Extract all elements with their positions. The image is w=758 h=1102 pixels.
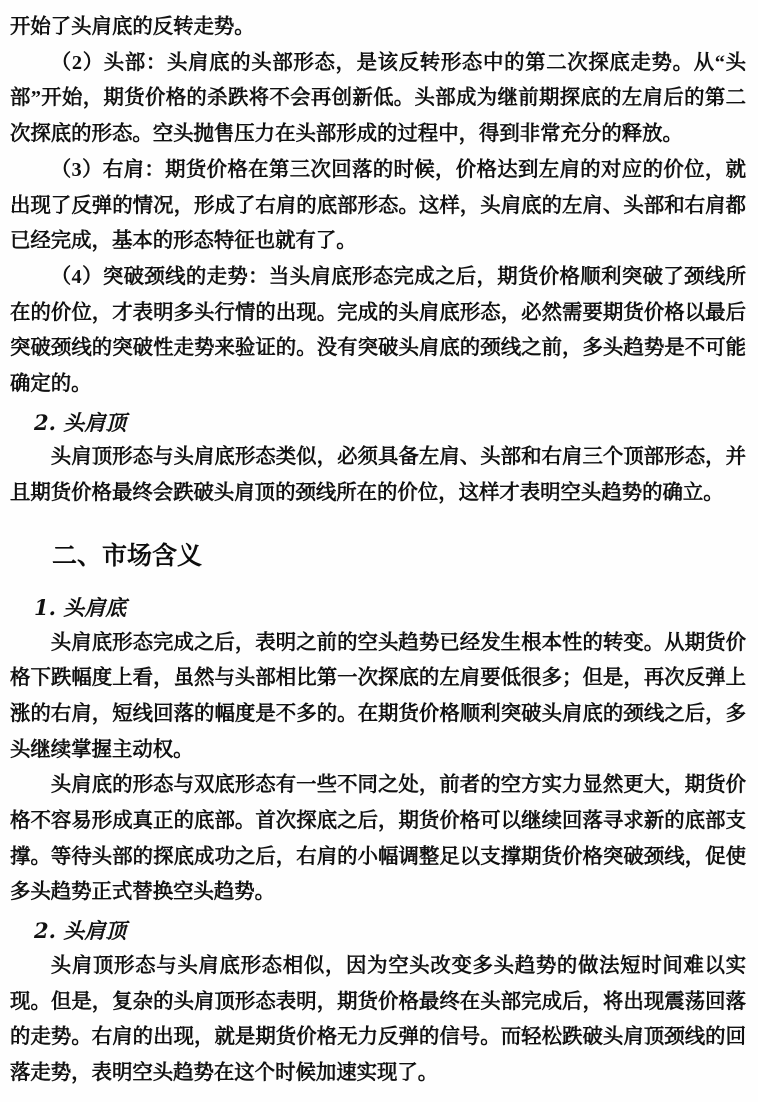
section-heading-market-meaning: 二、市场含义 (10, 536, 746, 576)
paragraph-top-pattern-intro: 头肩顶形态与头肩底形态类似，必须具备左肩、头部和右肩三个顶部形态，并且期货价格最… (10, 440, 746, 511)
paragraph-neckline-breakout: （4）突破颈线的走势：当头肩底形态完成之后，期货价格顺利突破了颈线所在的价位，才… (10, 260, 746, 403)
paragraph-head-section: （2）头部：头肩底的头部形态，是该反转形态中的第二次探底走势。从“头部”开始，期… (10, 46, 746, 153)
document-page: 开始了头肩底的反转走势。 （2）头部：头肩底的头部形态，是该反转形态中的第二次探… (0, 0, 758, 1102)
paragraph-bottom-meaning-2: 头肩底的形态与双底形态有一些不同之处，前者的空方实力显然更大，期货价格不容易形成… (10, 768, 746, 911)
subheading-head-shoulders-top-2: 2. 头肩顶 (10, 913, 746, 949)
subheading-head-shoulders-bottom: 1. 头肩底 (10, 590, 746, 626)
subheading-head-shoulders-top: 2. 头肩顶 (10, 405, 746, 441)
paragraph-top-meaning: 头肩顶形态与头肩底形态相似，因为空头改变多头趋势的做法短时间难以实现。但是，复杂… (10, 949, 746, 1092)
paragraph-bottom-meaning-1: 头肩底形态完成之后，表明之前的空头趋势已经发生根本性的转变。从期货价格下跌幅度上… (10, 626, 746, 769)
paragraph-continuation: 开始了头肩底的反转走势。 (10, 10, 746, 46)
paragraph-right-shoulder: （3）右肩：期货价格在第三次回落的时候，价格达到左肩的对应的价位，就出现了反弹的… (10, 153, 746, 260)
